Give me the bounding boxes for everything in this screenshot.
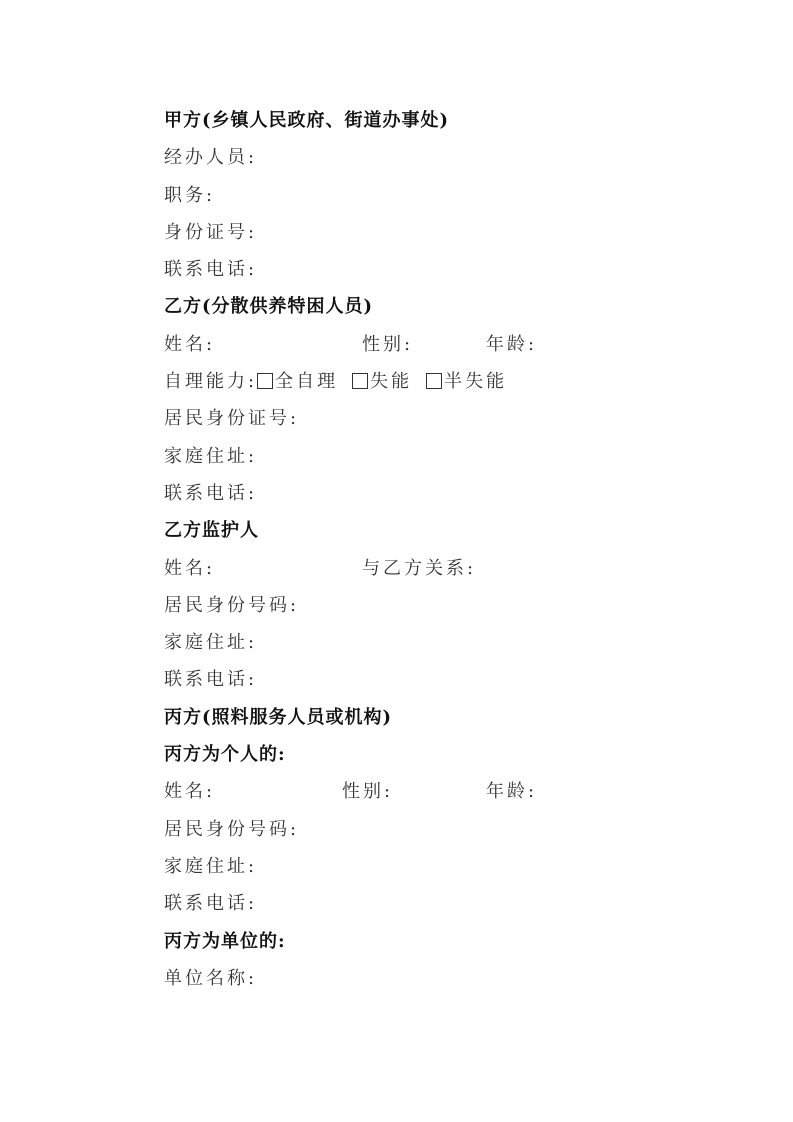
- guardian-heading: 乙方监护人: [164, 512, 724, 549]
- party-c-address-field: 家庭住址:: [164, 848, 724, 885]
- party-c-name-field: 姓名:: [164, 773, 215, 810]
- party-a-position-field: 职务:: [164, 177, 724, 214]
- self-care-label: 自理能力:: [164, 371, 257, 392]
- party-c-individual-heading: 丙方为个人的:: [164, 736, 724, 773]
- party-a-heading: 甲方(乡镇人民政府、街道办事处): [164, 102, 724, 139]
- party-b-heading: 乙方(分散供养特困人员): [164, 288, 724, 325]
- party-b-address-field: 家庭住址:: [164, 438, 724, 475]
- checkbox-icon[interactable]: [426, 373, 442, 389]
- party-b-basic-row: 姓名: 性别: 年龄:: [164, 326, 724, 363]
- guardian-id-field: 居民身份号码:: [164, 587, 724, 624]
- option-full-self-care[interactable]: 全自理: [257, 371, 338, 392]
- option-disabled[interactable]: 失能: [352, 371, 412, 392]
- party-c-heading: 丙方(照料服务人员或机构): [164, 699, 724, 736]
- party-b-self-care-row: 自理能力:全自理失能半失能: [164, 363, 724, 400]
- party-b-age-field: 年龄:: [486, 326, 537, 363]
- guardian-basic-row: 姓名: 与乙方关系:: [164, 550, 724, 587]
- party-a-id-field: 身份证号:: [164, 214, 724, 251]
- guardian-name-field: 姓名:: [164, 550, 215, 587]
- party-b-gender-field: 性别:: [362, 326, 413, 363]
- party-c-org-name-field: 单位名称:: [164, 960, 724, 997]
- contract-form: 甲方(乡镇人民政府、街道办事处) 经办人员: 职务: 身份证号: 联系电话: 乙…: [164, 102, 724, 997]
- option-semi-disabled[interactable]: 半失能: [426, 371, 507, 392]
- guardian-address-field: 家庭住址:: [164, 624, 724, 661]
- party-b-id-field: 居民身份证号:: [164, 400, 724, 437]
- party-b-phone-field: 联系电话:: [164, 475, 724, 512]
- party-c-phone-field: 联系电话:: [164, 885, 724, 922]
- guardian-phone-field: 联系电话:: [164, 661, 724, 698]
- party-c-id-field: 居民身份号码:: [164, 811, 724, 848]
- party-b-name-field: 姓名:: [164, 326, 215, 363]
- party-a-phone-field: 联系电话:: [164, 251, 724, 288]
- party-a-handler-field: 经办人员:: [164, 139, 724, 176]
- party-c-basic-row: 姓名: 性别: 年龄:: [164, 773, 724, 810]
- party-c-org-heading: 丙方为单位的:: [164, 923, 724, 960]
- checkbox-icon[interactable]: [352, 373, 368, 389]
- party-c-age-field: 年龄:: [486, 773, 537, 810]
- checkbox-icon[interactable]: [257, 373, 273, 389]
- party-c-gender-field: 性别:: [342, 773, 393, 810]
- guardian-relation-field: 与乙方关系:: [362, 550, 476, 587]
